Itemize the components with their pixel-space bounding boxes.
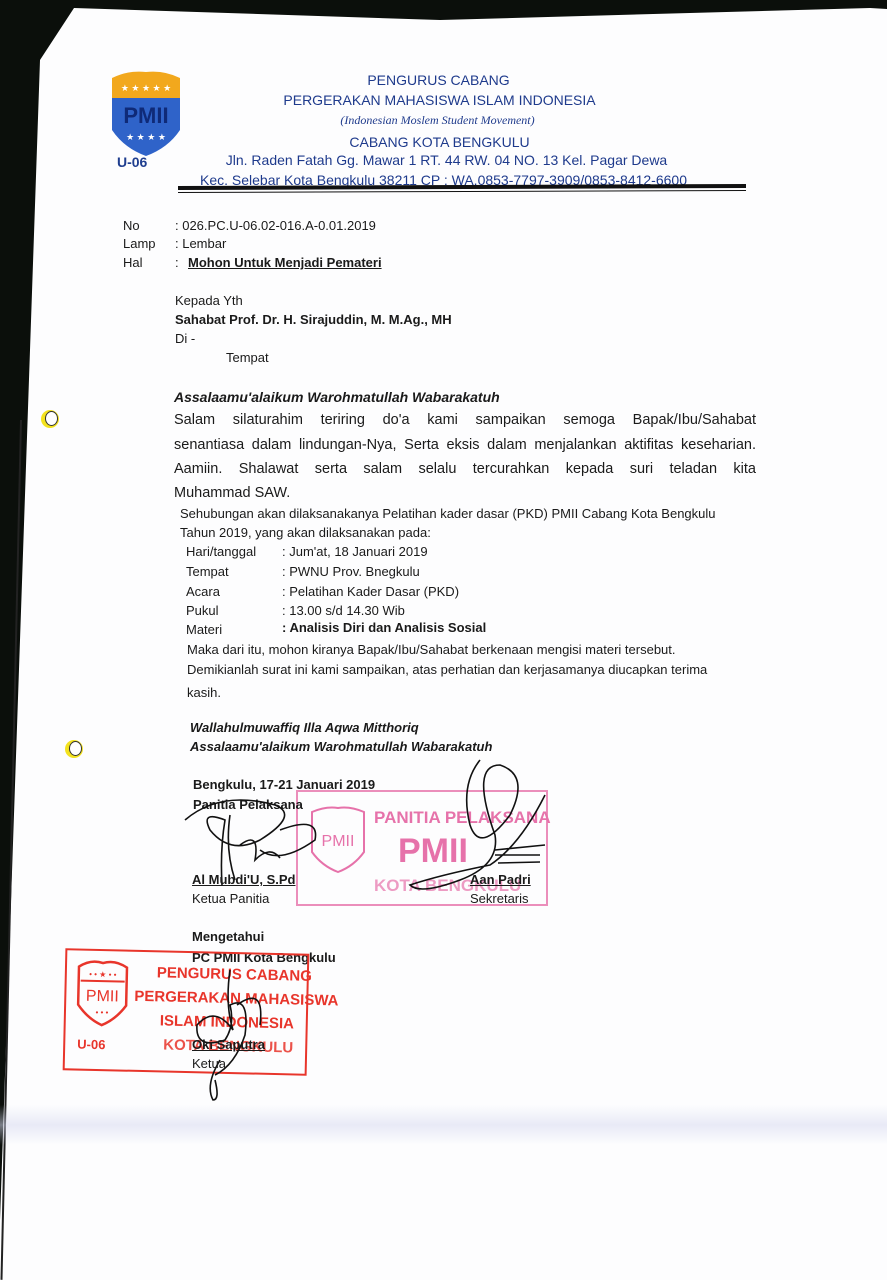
detail-label-topic: Materi	[186, 622, 222, 637]
detail-label-place: Tempat	[186, 564, 229, 579]
recipient-greeting: Kepada Yth	[175, 293, 243, 308]
closing-line-2: Assalaamu'alaikum Warohmatullah Wabaraka…	[190, 739, 492, 754]
stamp-code: U-06	[77, 1037, 106, 1053]
letterhead-address-1: Jln. Raden Fatah Gg. Mawar 1 RT. 44 RW. …	[3, 152, 887, 168]
letterhead-line-2: PERGERAKAN MAHASISWA ISLAM INDONESIA	[0, 92, 883, 108]
recipient-place: Tempat	[226, 350, 269, 365]
meta-value-hal: Mohon Untuk Menjadi Pemateri	[188, 255, 382, 270]
detail-value-date: : Jum'at, 18 Januari 2019	[282, 544, 428, 559]
detail-value-topic: : Analisis Diri dan Analisis Sosial	[282, 620, 486, 635]
opening-salam: Assalaamu'alaikum Warohmatullah Wabaraka…	[174, 389, 500, 405]
signer-bottom-name: Oki Saputra	[192, 1037, 265, 1052]
letterhead-line-1: PENGURUS CABANG	[0, 72, 882, 88]
signer-right-name: Aan Padri	[470, 872, 531, 887]
punch-hole	[65, 740, 83, 758]
paragraph-2-line-1: Sehubungan akan dilaksanakanya Pelatihan…	[180, 506, 716, 521]
scan-smudge	[0, 1105, 887, 1145]
stamp-logo-icon: • • ★ • • PMII • • •	[74, 956, 132, 1027]
recipient-name: Sahabat Prof. Dr. H. Sirajuddin, M. M.Ag…	[175, 312, 452, 327]
paragraph-1-line-2: senantiasa dalam lindungan-Nya, Serta ek…	[174, 437, 756, 453]
paragraph-2-line-2: Tahun 2019, yang akan dilaksanakan pada:	[180, 525, 431, 540]
paragraph-1-line-1: Salam silaturahim teriring do'a kami sam…	[174, 412, 756, 428]
svg-text:PMII: PMII	[86, 988, 119, 1006]
detail-label-event: Acara	[186, 584, 220, 599]
meta-label-hal: Hal	[123, 255, 143, 270]
meta-label-no: No	[123, 218, 140, 233]
detail-value-place: : PWNU Prov. Bnegkulu	[282, 564, 420, 579]
paragraph-4-line-1: Demikianlah surat ini kami sampaikan, at…	[187, 662, 707, 677]
acknowledged-label: Mengetahui	[192, 929, 264, 944]
letterhead-line-3: (Indonesian Moslem Student Movement)	[0, 113, 881, 128]
detail-value-time: : 13.00 s/d 14.30 Wib	[282, 603, 405, 618]
svg-text:• • ★ • •: • • ★ • •	[89, 970, 117, 980]
detail-label-date: Hari/tanggal	[186, 544, 256, 559]
punch-hole	[41, 410, 59, 428]
meta-sep-hal: :	[175, 255, 179, 270]
detail-value-event: : Pelatihan Kader Dasar (PKD)	[282, 584, 459, 599]
letterhead-line-4: CABANG KOTA BENGKULU	[0, 134, 883, 150]
closing-line-1: Wallahulmuwaffiq Illa Aqwa Mitthoriq	[190, 720, 419, 735]
meta-value-lamp: : Lembar	[175, 236, 226, 251]
signer-bottom-role: Ketua	[192, 1056, 226, 1071]
meta-label-lamp: Lamp	[123, 236, 156, 251]
paragraph-1-line-3: Aamiin. Shalawat serta salam selalu terc…	[174, 461, 756, 477]
signer-right-role: Sekretaris	[470, 891, 529, 906]
svg-text:• • •: • • •	[95, 1008, 108, 1017]
recipient-di: Di -	[175, 331, 195, 346]
meta-value-no: : 026.PC.U-06.02-016.A-0.01.2019	[175, 218, 376, 233]
signer-left-role: Ketua Panitia	[192, 891, 269, 906]
detail-label-time: Pukul	[186, 603, 219, 618]
signer-left-name: Al Mubdi'U, S.Pd	[192, 872, 295, 887]
paragraph-1-line-4: Muhammad SAW.	[174, 485, 290, 501]
paragraph-3: Maka dari itu, mohon kiranya Bapak/Ibu/S…	[187, 642, 676, 657]
signature-bottom	[175, 965, 285, 1105]
paragraph-4-line-2: kasih.	[187, 685, 221, 700]
